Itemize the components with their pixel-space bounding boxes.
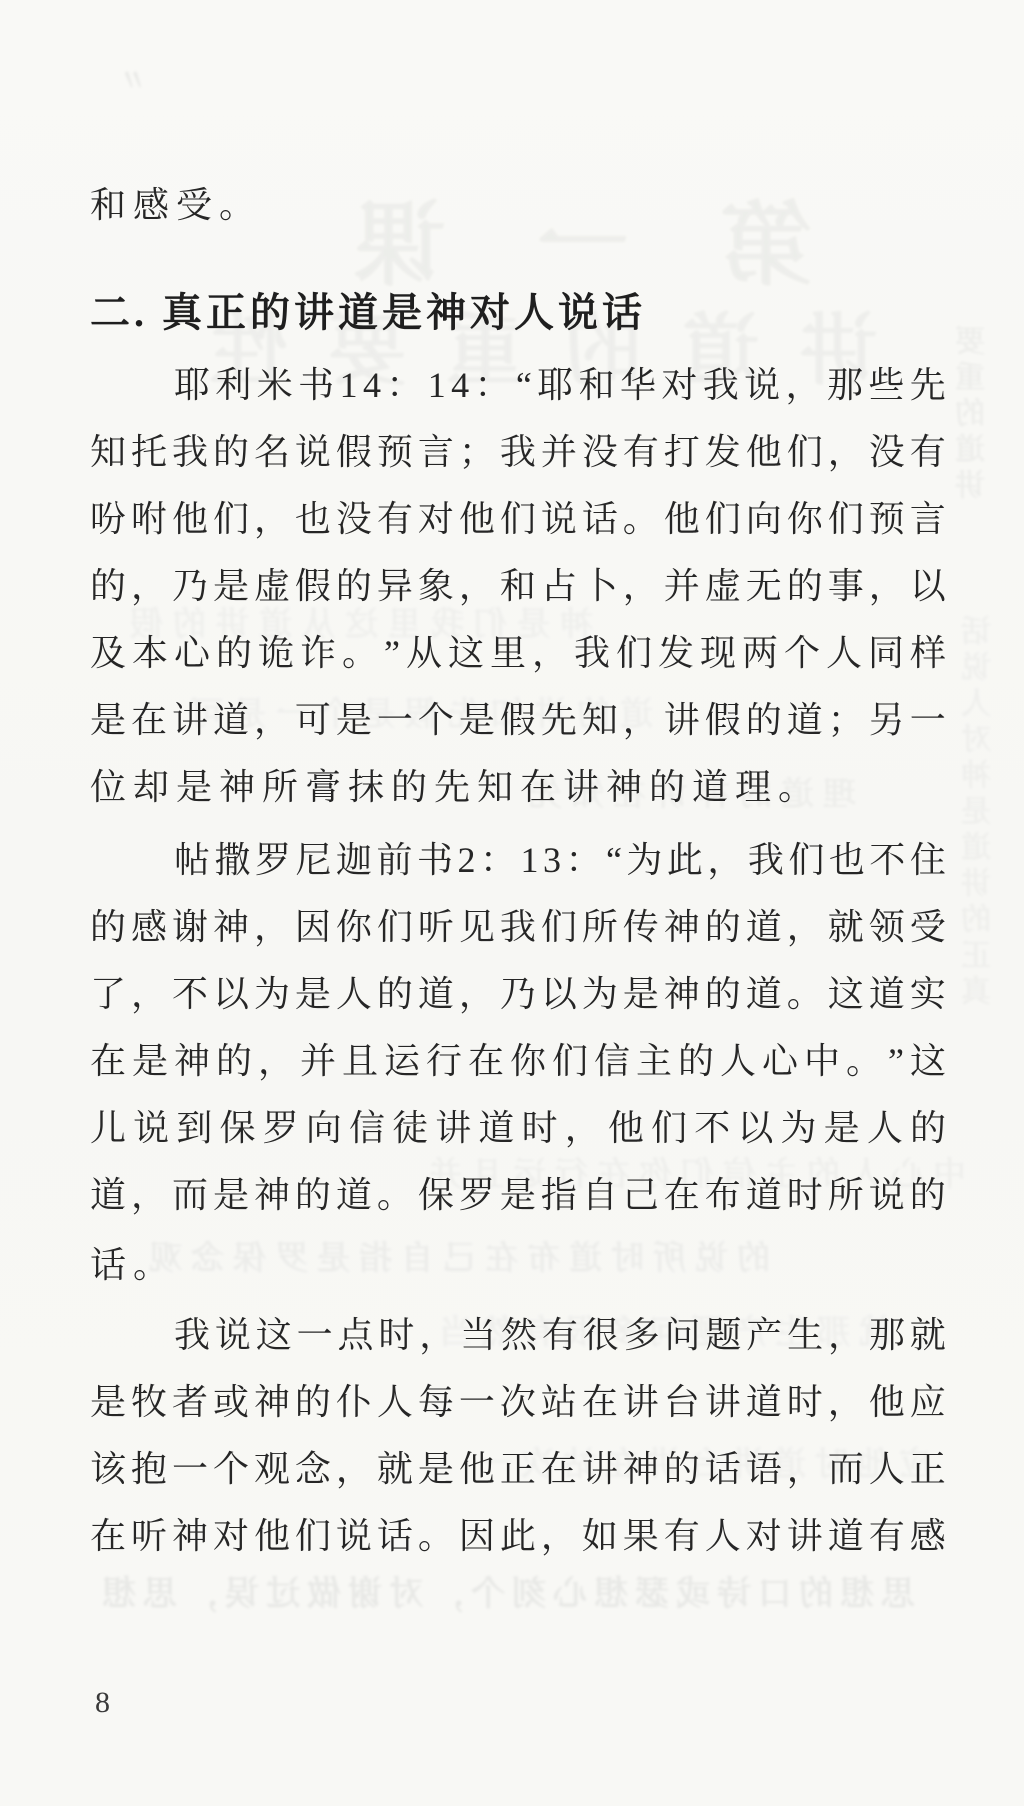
text-line: 知托我的名说假预言；我并没有打发他们，没有 — [90, 430, 946, 474]
text-line: 该抱一个观念，就是他正在讲神的话语，而人正 — [90, 1447, 946, 1491]
ghost-showthrough-text: 思想的口诗或瑟想心刻个，对谢做过误，思想 — [95, 1566, 915, 1615]
text-line: 是在讲道，可是一个是假先知，讲假的道；另一 — [90, 698, 946, 742]
text-line: 是牧者或神的仆人每一次站在讲台讲道时，他应 — [90, 1380, 946, 1424]
text-line: 儿说到保罗向信徒讲道时，他们不以为是人的 — [90, 1106, 946, 1150]
text-line: 耶利米书14：14：“耶和华对我说，那些先 — [90, 363, 946, 407]
text-line: 的，乃是虚假的异象，和占卜，并虚无的事，以 — [90, 564, 946, 608]
ghost-showthrough-text: 要重的道讲 — [952, 325, 996, 505]
section-heading: 二. 真正的讲道是神对人说话 — [90, 291, 946, 335]
text-line: 在是神的，并且运行在你们信主的人心中。”这 — [90, 1039, 946, 1083]
page-number: 8 — [95, 1686, 111, 1720]
ghost-showthrough-text: 话说人对神是道讲的正真 — [958, 615, 1002, 1011]
text-line: 了，不以为是人的道，乃以为是神的道。这道实 — [90, 972, 946, 1016]
text-line: 的感谢神，因你们听见我们所传神的道，就领受 — [90, 905, 946, 949]
text-line: 在听神对他们说话。因此，如果有人对讲道有感 — [90, 1514, 946, 1558]
text-line: 及本心的诡诈。”从这里，我们发现两个人同样 — [90, 631, 946, 675]
text-line: 我说这一点时，当然有很多问题产生，那就 — [90, 1313, 946, 1357]
text-line: 和感受。 — [90, 183, 946, 227]
text-line: 话。 — [90, 1243, 946, 1287]
text-line: 帖撒罗尼迦前书2：13：“为此，我们也不住 — [90, 838, 946, 882]
ghost-showthrough-text: 〃 — [118, 56, 148, 100]
scanned-page: 第 一 课讲道的重要性〃神是们我里这从道讲的假道的讲知先假是个一是可理道的神讲在… — [0, 0, 1024, 1806]
text-line: 道，而是神的道。保罗是指自己在布道时所说的 — [90, 1173, 946, 1217]
text-line: 位却是神所膏抹的先知在讲神的道理。 — [90, 765, 946, 809]
text-line: 吩咐他们，也没有对他们说话。他们向你们预言 — [90, 497, 946, 541]
